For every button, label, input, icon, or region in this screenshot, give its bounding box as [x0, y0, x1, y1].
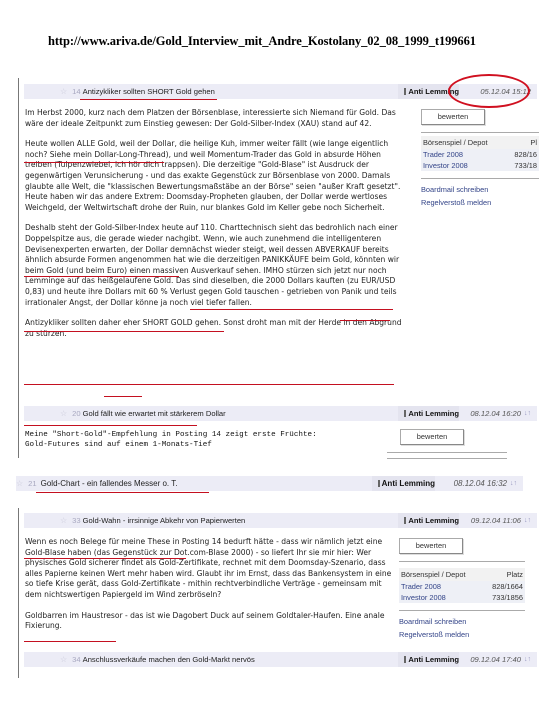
post-body: Wenn es noch Belege für meine These in P…: [25, 537, 397, 642]
user-icon: [404, 517, 406, 524]
annotation-underline: [190, 309, 393, 310]
post-body: Im Herbst 2000, kurz nach dem Platzen de…: [25, 108, 405, 349]
post-title[interactable]: Gold-Wahn - irrsinnige Abkehr von Papier…: [83, 516, 246, 525]
line: Meine "Short-Gold"-Empfehlung in Posting…: [25, 430, 405, 440]
post-header: ☆ 14 Antizykliker sollten SHORT Gold geh…: [24, 84, 537, 99]
user-icon: [404, 410, 406, 417]
post-sidebar: bewerten Börsenspiel / DepotPlatz Trader…: [399, 538, 525, 639]
game-rank: 733/18: [506, 160, 539, 171]
game-rank: 828/1664: [483, 581, 525, 592]
game-rank: 733/1856: [483, 592, 525, 603]
boardmail-link[interactable]: Boardmail schreiben: [399, 617, 525, 626]
paragraph: Heute wollen ALLE Gold, weil der Dollar,…: [25, 139, 405, 213]
divider: [387, 452, 507, 453]
post-33: ☆ 33 Gold-Wahn - irrsinnige Abkehr von P…: [18, 508, 19, 678]
paragraph: Deshalb steht der Gold-Silber-Index heut…: [25, 223, 405, 308]
page-url: http://www.ariva.de/Gold_Interview_mit_A…: [48, 34, 476, 49]
navigate-arrows-icon[interactable]: ↓↑: [510, 480, 517, 487]
post-number: 21: [28, 479, 36, 488]
post-date: 09.12.04 11:06↓↑: [471, 513, 531, 528]
post-number: 34: [72, 655, 80, 664]
post-14: ☆ 14 Antizykliker sollten SHORT Gold geh…: [18, 78, 19, 392]
post-number: 14: [72, 87, 80, 96]
user-icon: [404, 88, 406, 95]
post-20: ☆ 20 Gold fällt wie erwartet mit stärker…: [18, 392, 19, 458]
annotation-underline: [104, 396, 142, 397]
post-author[interactable]: Anti Lemming: [398, 84, 459, 99]
navigate-arrows-icon[interactable]: ↓↑: [524, 410, 531, 417]
annotation-underline: [24, 641, 116, 642]
divider: [399, 610, 525, 611]
game-link[interactable]: Trader 2008: [421, 149, 506, 160]
post-title[interactable]: Gold-Chart - ein fallendes Messer o. T.: [41, 479, 178, 488]
post-date: 05.12.04 15:12: [480, 84, 531, 99]
divider: [421, 178, 539, 179]
star-icon[interactable]: ☆: [60, 87, 67, 96]
game-rank: 828/16: [506, 149, 539, 160]
divider: [387, 458, 507, 459]
game-table: Börsenspiel / DepotPlatz Trader 2008828/…: [399, 568, 525, 603]
game-link[interactable]: Investor 2008: [399, 592, 483, 603]
post-number: 33: [72, 516, 80, 525]
game-link[interactable]: Investor 2008: [421, 160, 506, 171]
divider: [399, 561, 525, 562]
col-rank: Pl: [506, 136, 539, 149]
paragraph: Wenn es noch Belege für meine These in P…: [25, 537, 397, 601]
col-rank: Platz: [483, 568, 525, 581]
paragraph: Goldbarren im Haustresor - das ist wie D…: [25, 611, 397, 632]
annotation-underline: [80, 99, 217, 100]
col-game: Börsenspiel / Depot: [421, 136, 506, 149]
user-icon: [378, 480, 380, 487]
post-date: 08.12.04 16:20↓↑: [470, 406, 531, 421]
post-author[interactable]: Anti Lemming: [372, 476, 435, 491]
rate-button[interactable]: bewerten: [399, 538, 463, 554]
navigate-arrows-icon[interactable]: ↓↑: [524, 517, 531, 524]
paragraph: Im Herbst 2000, kurz nach dem Platzen de…: [25, 108, 405, 129]
report-link[interactable]: Regelverstoß melden: [421, 198, 539, 207]
post-date: 08.12.04 16:32↓↑: [454, 476, 517, 491]
star-icon[interactable]: ☆: [60, 409, 67, 418]
annotation-underline: [24, 384, 394, 385]
post-header: ☆ 20 Gold fällt wie erwartet mit stärker…: [24, 406, 537, 421]
annotation-underline: [24, 331, 224, 332]
rate-button[interactable]: bewerten: [421, 109, 485, 125]
game-link[interactable]: Trader 2008: [399, 581, 483, 592]
user-icon: [404, 656, 406, 663]
post-author[interactable]: Anti Lemming: [398, 406, 459, 421]
star-icon[interactable]: ☆: [16, 479, 23, 488]
annotation-underline: [24, 162, 164, 163]
post-author[interactable]: Anti Lemming: [398, 652, 459, 667]
report-link[interactable]: Regelverstoß melden: [399, 630, 525, 639]
post-sidebar: bewerten: [387, 429, 507, 459]
post-title[interactable]: Antizykliker sollten SHORT Gold gehen: [83, 87, 215, 96]
annotation-underline: [24, 558, 186, 559]
post-author[interactable]: Anti Lemming: [398, 513, 459, 528]
divider: [421, 132, 539, 133]
navigate-arrows-icon[interactable]: ↓↑: [524, 656, 531, 663]
post-header: ☆ 33 Gold-Wahn - irrsinnige Abkehr von P…: [24, 513, 537, 528]
annotation-underline: [24, 425, 197, 426]
annotation-underline: [24, 276, 179, 277]
star-icon[interactable]: ☆: [60, 516, 67, 525]
post-34-header: ☆ 34 Anschlussverkäufe machen den Gold-M…: [24, 652, 537, 667]
line: Gold-Futures sind auf einem 1-Monats-Tie…: [25, 440, 405, 450]
post-sidebar: bewerten Börsenspiel / DepotPl Trader 20…: [421, 109, 539, 207]
post-number: 20: [72, 409, 80, 418]
rate-button[interactable]: bewerten: [400, 429, 464, 445]
post-date: 09.12.04 17:40↓↑: [470, 652, 531, 667]
post-body: Meine "Short-Gold"-Empfehlung in Posting…: [25, 430, 405, 450]
annotation-underline: [36, 492, 209, 493]
star-icon[interactable]: ☆: [60, 655, 67, 664]
post-21-header: ☆ 21 Gold-Chart - ein fallendes Messer o…: [16, 476, 523, 491]
annotation-underline: [340, 320, 390, 321]
game-table: Börsenspiel / DepotPl Trader 2008828/16 …: [421, 136, 539, 171]
post-title[interactable]: Anschlussverkäufe machen den Gold-Markt …: [83, 655, 255, 664]
post-title[interactable]: Gold fällt wie erwartet mit stärkerem Do…: [83, 409, 226, 418]
boardmail-link[interactable]: Boardmail schreiben: [421, 185, 539, 194]
col-game: Börsenspiel / Depot: [399, 568, 483, 581]
